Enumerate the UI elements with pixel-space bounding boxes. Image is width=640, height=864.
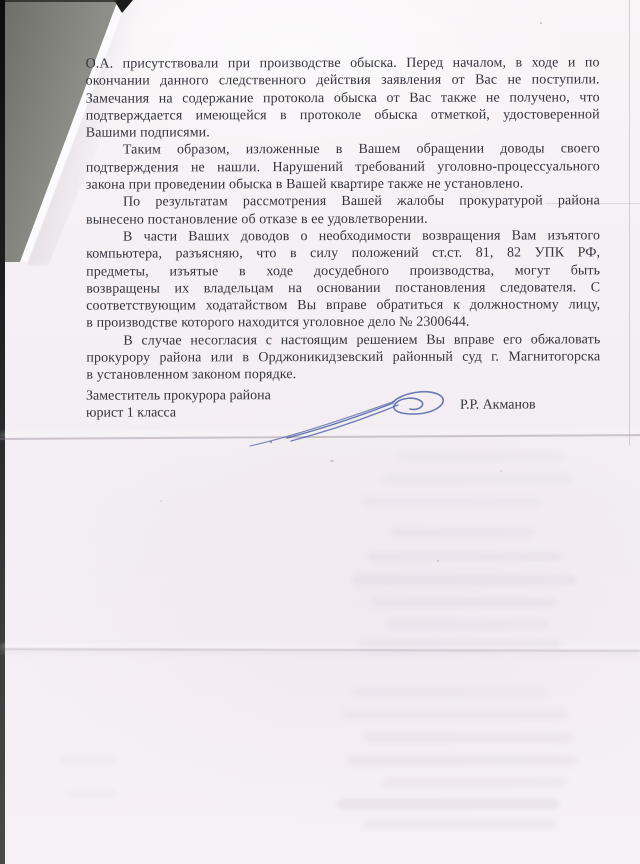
- dust-speck: [500, 470, 502, 472]
- text-line: Таким образом, изложенные в Вашем обраще…: [86, 141, 600, 160]
- text-line: Замечания на содержание протокола обыска…: [86, 89, 600, 108]
- dust-speck: [437, 560, 439, 562]
- text-line: в установленном законом порядке.: [86, 366, 600, 385]
- bleed-through-smudge: [382, 778, 567, 787]
- text-line: вынесено постановление об отказе в ее уд…: [86, 210, 600, 229]
- bleed-through-smudge: [362, 497, 542, 506]
- paper-right-edge: [629, 0, 630, 445]
- bleed-through-smudge: [347, 756, 577, 765]
- bleed-through-smudge: [352, 688, 547, 697]
- signer-name: Р.Р. Акманов: [460, 396, 536, 413]
- bleed-through-smudge: [68, 790, 116, 798]
- bleed-through-smudge: [382, 474, 572, 483]
- bleed-through-smudge: [357, 640, 562, 649]
- bleed-through-smudge: [60, 756, 115, 764]
- bleed-through-smudge: [362, 820, 557, 829]
- scanned-document-page: О.А. присутствовали при производстве обы…: [0, 0, 640, 864]
- text-line: закона при проведении обыска в Вашей ква…: [86, 175, 600, 194]
- bleed-through-smudge: [385, 620, 550, 629]
- bleed-through-smudge: [368, 552, 563, 561]
- bleed-through-smudge: [398, 452, 563, 461]
- dust-speck: [160, 500, 162, 502]
- text-line: В части Ваших доводов о необходимости во…: [86, 227, 600, 246]
- bleed-through-smudge: [337, 799, 559, 809]
- bleed-through-smudge: [342, 710, 567, 719]
- bleed-through-smudge: [352, 575, 577, 585]
- bleed-through-smudge: [362, 733, 572, 742]
- bleed-through-smudge: [372, 598, 557, 607]
- text-line: подтверждается имеющейся в протоколе обы…: [86, 106, 600, 125]
- signature-scribble: [245, 388, 445, 450]
- text-line: Вашими подписями.: [86, 124, 600, 143]
- dust-speck: [270, 441, 272, 443]
- body-text: О.А. присутствовали при производстве обы…: [86, 54, 601, 384]
- text-line: подтверждения не нашли. Нарушений требов…: [86, 158, 600, 177]
- text-line: предметы, изъятые в ходе досудебного про…: [86, 262, 600, 281]
- text-line: По результатам рассмотрения Вашей жалобы…: [86, 193, 600, 212]
- dust-speck: [330, 460, 334, 462]
- text-line: окончании данного следственного действия…: [86, 72, 600, 91]
- text-line: компьютера, разъясняю, что в силу положе…: [86, 245, 600, 264]
- dust-speck: [540, 22, 542, 24]
- text-line: возвращены их владельцам на основании по…: [86, 279, 600, 298]
- text-line: О.А. присутствовали при производстве обы…: [86, 54, 600, 73]
- text-line: прокурору района или в Орджоникидзевский…: [86, 348, 600, 367]
- bleed-through-smudge: [390, 528, 535, 537]
- scanner-edge-strip: [0, 0, 5, 864]
- text-line: в производстве которого находится уголов…: [86, 314, 600, 333]
- text-line: В случае несогласия с настоящим решением…: [86, 331, 600, 350]
- scanner-top-edge: [5, 0, 117, 2]
- text-line: соответствующим ходатайством Вы вправе о…: [86, 296, 600, 315]
